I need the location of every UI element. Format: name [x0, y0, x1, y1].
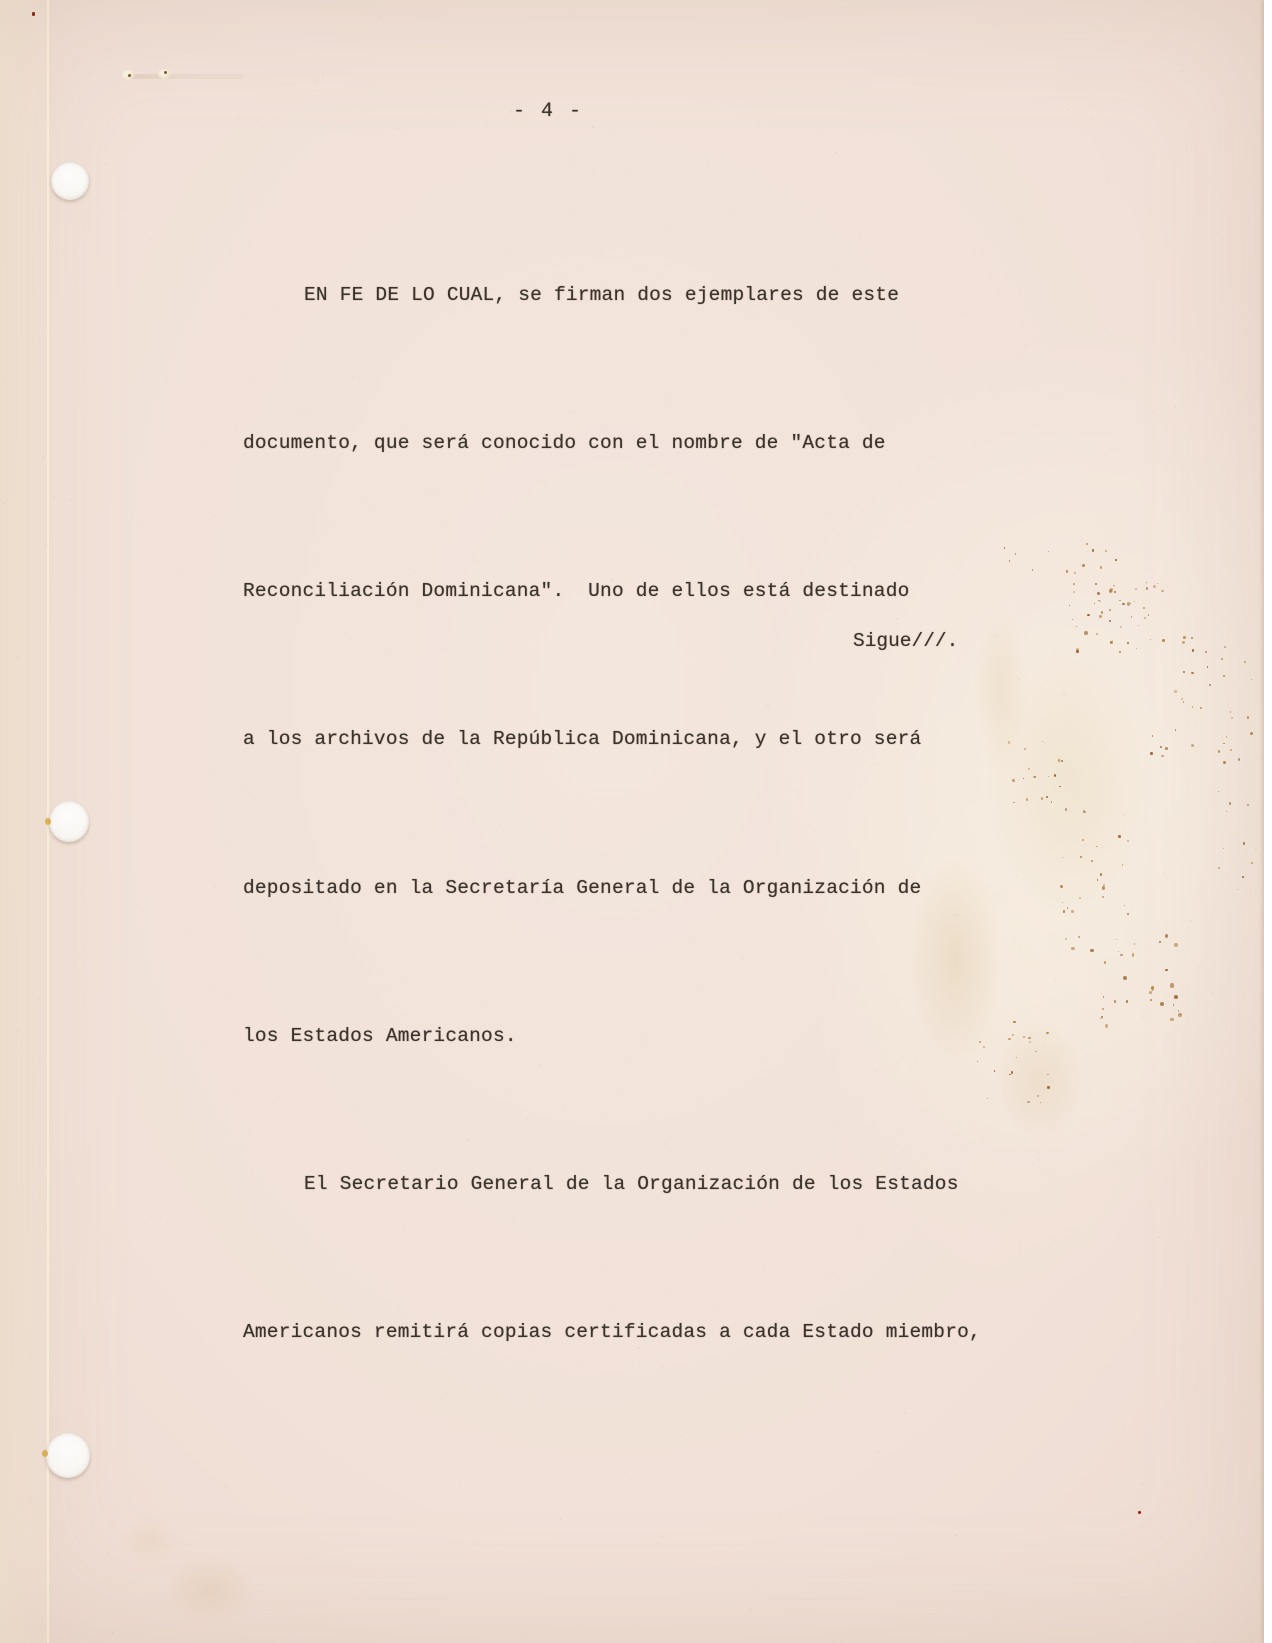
red-ink-fleck — [32, 12, 35, 16]
punch-hole-glint — [42, 1450, 48, 1457]
typewritten-line: Reconciliación Dominicana". Uno de ellos… — [243, 567, 981, 616]
typewritten-text-block: EN FE DE LO CUAL, se firman dos ejemplar… — [243, 172, 981, 1407]
left-margin-strip — [0, 0, 47, 1643]
staple-mark — [120, 66, 250, 82]
typewritten-line: depositado en la Secretaría General de l… — [243, 864, 981, 913]
staple-smear — [126, 74, 244, 79]
punch-hole-middle — [49, 801, 89, 842]
typewritten-line: a los archivos de la República Dominican… — [243, 715, 981, 764]
punch-hole-bottom — [46, 1433, 90, 1478]
staple-pin-right — [164, 71, 167, 74]
typewritten-line: Americanos remitirá copias certificadas … — [243, 1308, 981, 1357]
typewritten-line: El Secretario General de la Organización… — [243, 1160, 981, 1209]
typewritten-line: EN FE DE LO CUAL, se firman dos ejemplar… — [243, 271, 981, 320]
staple-pin-left — [128, 74, 131, 77]
typewritten-line: documento, que será conocido con el nomb… — [243, 419, 981, 468]
red-ink-fleck — [1138, 1511, 1141, 1514]
page-number: - 4 - — [513, 100, 583, 123]
typewritten-line: los Estados Americanos. — [243, 1012, 981, 1061]
punch-hole-glint — [45, 818, 51, 825]
continuation-mark: Sigue///. — [853, 630, 958, 652]
scan-right-edge — [1264, 0, 1272, 1643]
punch-hole-top — [51, 162, 89, 200]
